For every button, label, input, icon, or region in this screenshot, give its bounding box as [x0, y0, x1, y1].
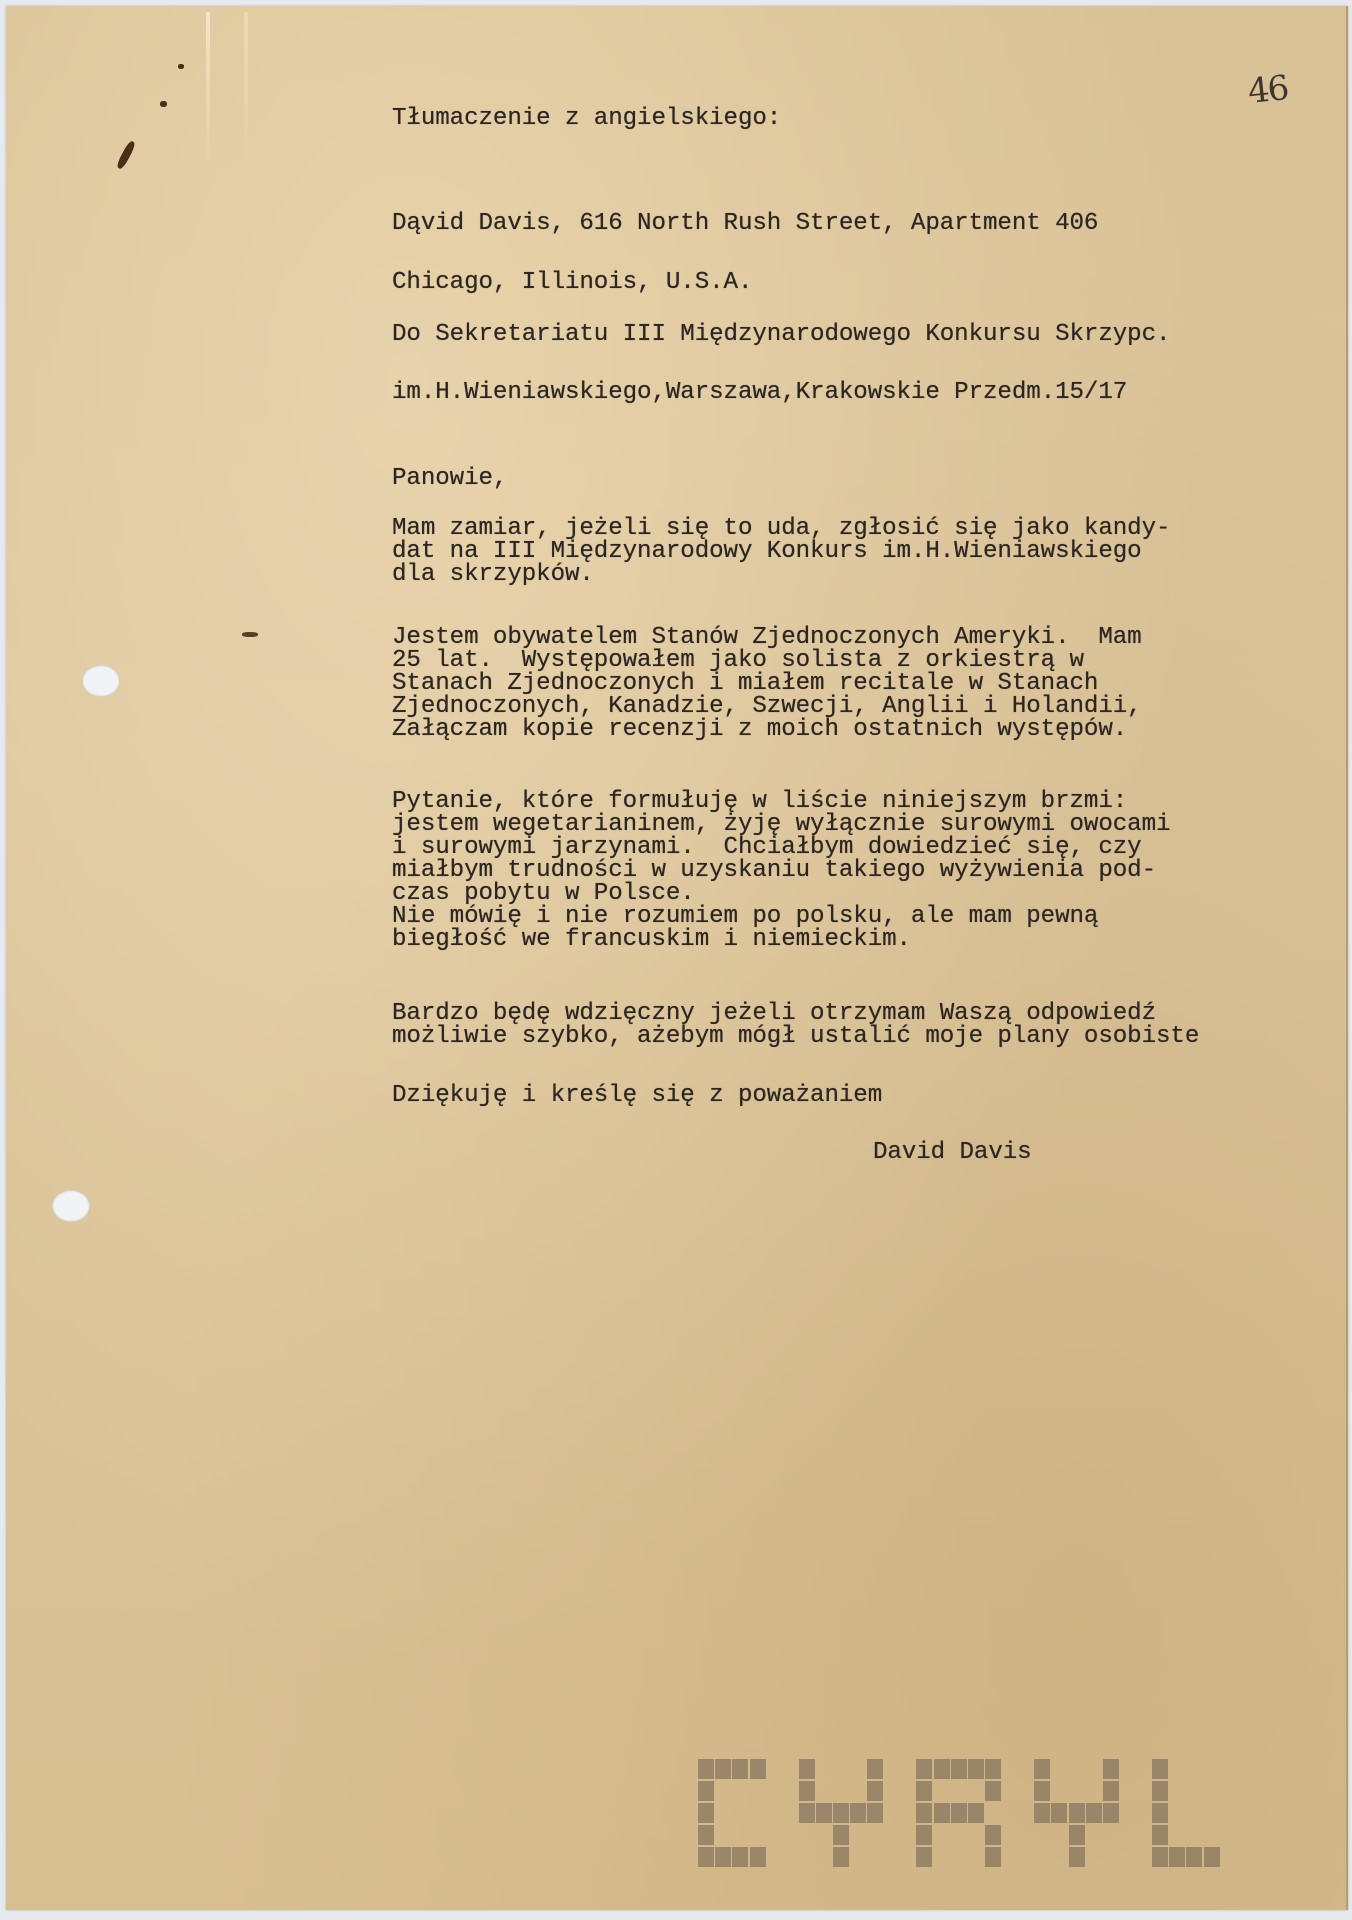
watermark-block: [732, 1759, 748, 1779]
watermark-block: [1086, 1803, 1102, 1823]
watermark-block: [698, 1803, 714, 1823]
watermark-block: [934, 1759, 950, 1779]
paper-crease: [244, 12, 248, 172]
sender-address-line-1: Dąvid Davis, 616 North Rush Street, Apar…: [392, 213, 1098, 236]
paper-crease: [206, 12, 210, 172]
watermark-block: [1034, 1781, 1050, 1801]
watermark-block: [799, 1781, 815, 1801]
watermark-block: [698, 1825, 714, 1845]
watermark-block: [698, 1759, 714, 1779]
watermark-block: [934, 1803, 950, 1823]
watermark-block: [916, 1759, 932, 1779]
punch-hole-bottom: [52, 1190, 90, 1222]
watermark-block: [1103, 1803, 1119, 1823]
watermark-block: [1152, 1803, 1168, 1823]
paragraph-line: dla skrzypków.: [392, 564, 594, 587]
watermark-block: [1186, 1847, 1202, 1867]
ink-stain: [242, 632, 258, 637]
watermark-block: [1051, 1803, 1067, 1823]
watermark-block: [867, 1781, 883, 1801]
ink-stain: [178, 64, 184, 69]
watermark-block: [833, 1803, 849, 1823]
watermark-block: [1069, 1803, 1085, 1823]
watermark-block: [732, 1847, 748, 1867]
watermark-block: [1152, 1759, 1168, 1779]
watermark-block: [916, 1825, 932, 1845]
watermark-block: [750, 1759, 766, 1779]
watermark-block: [833, 1825, 849, 1845]
paragraph-line: Załączam kopie recenzji z moich ostatnic…: [392, 719, 1127, 742]
document-header: Tłumaczenie z angielskiego:: [392, 108, 781, 131]
watermark-block: [1169, 1847, 1185, 1867]
watermark-block: [799, 1803, 815, 1823]
watermark-block: [698, 1781, 714, 1801]
watermark-block: [1034, 1759, 1050, 1779]
ink-stain: [160, 101, 167, 107]
recipient-line-2: im.H.Wieniawskiego,Warszawa,Krakowskie P…: [392, 382, 1127, 405]
watermark-block: [985, 1825, 1001, 1845]
watermark-block: [750, 1847, 766, 1867]
watermark-block: [951, 1759, 967, 1779]
punch-hole-top: [82, 665, 120, 697]
watermark-block: [1103, 1781, 1119, 1801]
watermark-block: [968, 1803, 984, 1823]
handwritten-page-number: 46: [1246, 68, 1289, 112]
recipient-line-1: Do Sekretariatu III Międzynarodowego Kon…: [392, 324, 1170, 347]
watermark-block: [833, 1847, 849, 1867]
paragraph-line: biegłość we francuskim i niemieckim.: [392, 929, 911, 952]
watermark-block: [1034, 1803, 1050, 1823]
watermark-block: [1069, 1825, 1085, 1845]
watermark-block: [715, 1759, 731, 1779]
watermark-block: [1204, 1847, 1220, 1867]
watermark-block: [698, 1847, 714, 1867]
watermark-block: [985, 1759, 1001, 1779]
watermark-block: [816, 1803, 832, 1823]
watermark-block: [850, 1803, 866, 1823]
watermark-block: [916, 1803, 932, 1823]
signature: David Davis: [873, 1142, 1032, 1165]
watermark-block: [1152, 1781, 1168, 1801]
watermark-block: [1152, 1847, 1168, 1867]
watermark-block: [867, 1803, 883, 1823]
closing: Dziękuję i kreślę się z poważaniem: [392, 1085, 882, 1108]
watermark-block: [867, 1759, 883, 1779]
watermark-block: [1103, 1759, 1119, 1779]
watermark-block: [916, 1781, 932, 1801]
watermark-block: [1152, 1825, 1168, 1845]
paragraph-line: możliwie szybko, ażebym mógł ustalić moj…: [392, 1026, 1199, 1049]
watermark-block: [985, 1847, 1001, 1867]
watermark-block: [799, 1759, 815, 1779]
watermark-block: [1069, 1847, 1085, 1867]
watermark-block: [968, 1759, 984, 1779]
watermark-block: [985, 1781, 1001, 1801]
salutation: Panowie,: [392, 468, 507, 491]
sender-address-line-2: Chicago, Illinois, U.S.A.: [392, 272, 752, 295]
watermark-block: [916, 1847, 932, 1867]
watermark-block: [715, 1847, 731, 1867]
watermark-block: [951, 1803, 967, 1823]
